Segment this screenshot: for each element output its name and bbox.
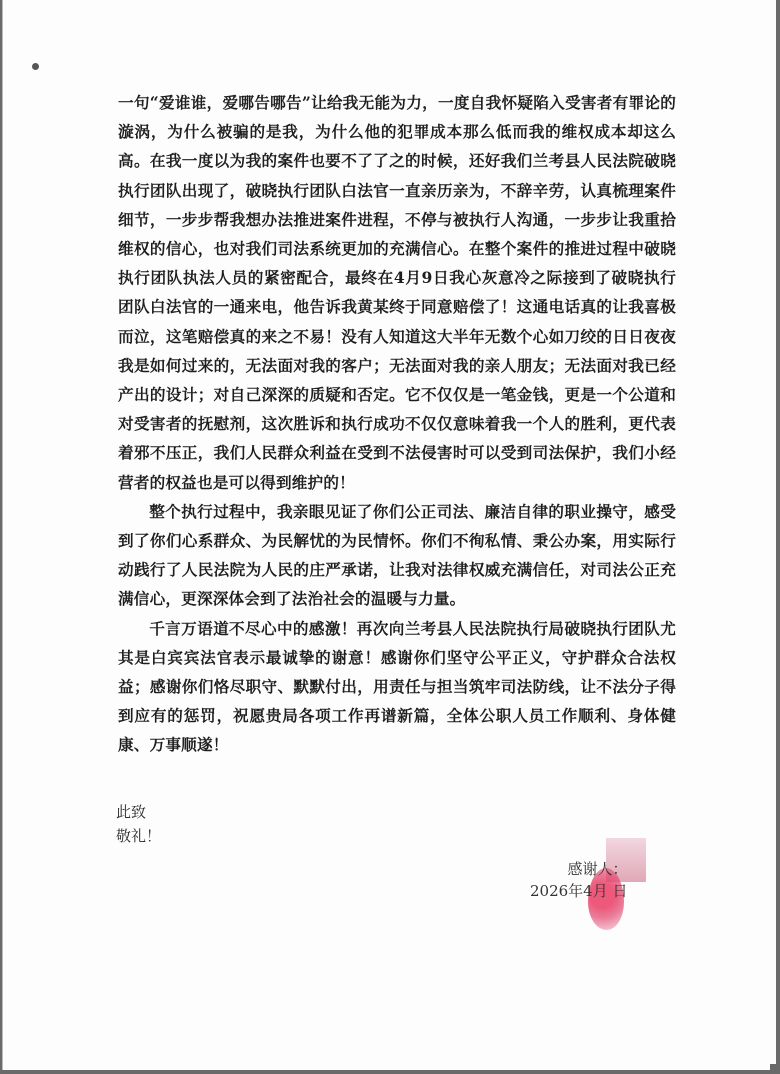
letter-body: 一句“爱谁谁，爱哪告哪告”让给我无能为力，一度自我怀疑陷入受害者有罪论的漩涡，为… bbox=[118, 88, 676, 760]
punch-hole-dot bbox=[32, 63, 39, 70]
scan-corner bbox=[770, 1064, 780, 1074]
closing-line-1: 此致 bbox=[116, 800, 161, 824]
signature-block: 感谢人： 2026年4月 日 bbox=[530, 858, 628, 902]
signer-label: 感谢人： bbox=[530, 858, 628, 880]
closing-line-2: 敬礼！ bbox=[116, 824, 161, 848]
paragraph-2: 整个执行过程中，我亲眼见证了你们公正司法、廉洁自律的职业操守，感受到了你们心系群… bbox=[118, 497, 676, 614]
letter-page: 一句“爱谁谁，爱哪告哪告”让给我无能为力，一度自我怀疑陷入受害者有罪论的漩涡，为… bbox=[2, 0, 776, 1070]
closing-salutation: 此致 敬礼！ bbox=[116, 800, 161, 848]
paragraph-1: 一句“爱谁谁，爱哪告哪告”让给我无能为力，一度自我怀疑陷入受害者有罪论的漩涡，为… bbox=[118, 88, 676, 497]
paragraph-3: 千言万语道不尽心中的感激！再次向兰考县人民法院执行局破晓执行团队尤其是白宾宾法官… bbox=[118, 614, 676, 760]
signature-date: 2026年4月 日 bbox=[530, 880, 628, 902]
